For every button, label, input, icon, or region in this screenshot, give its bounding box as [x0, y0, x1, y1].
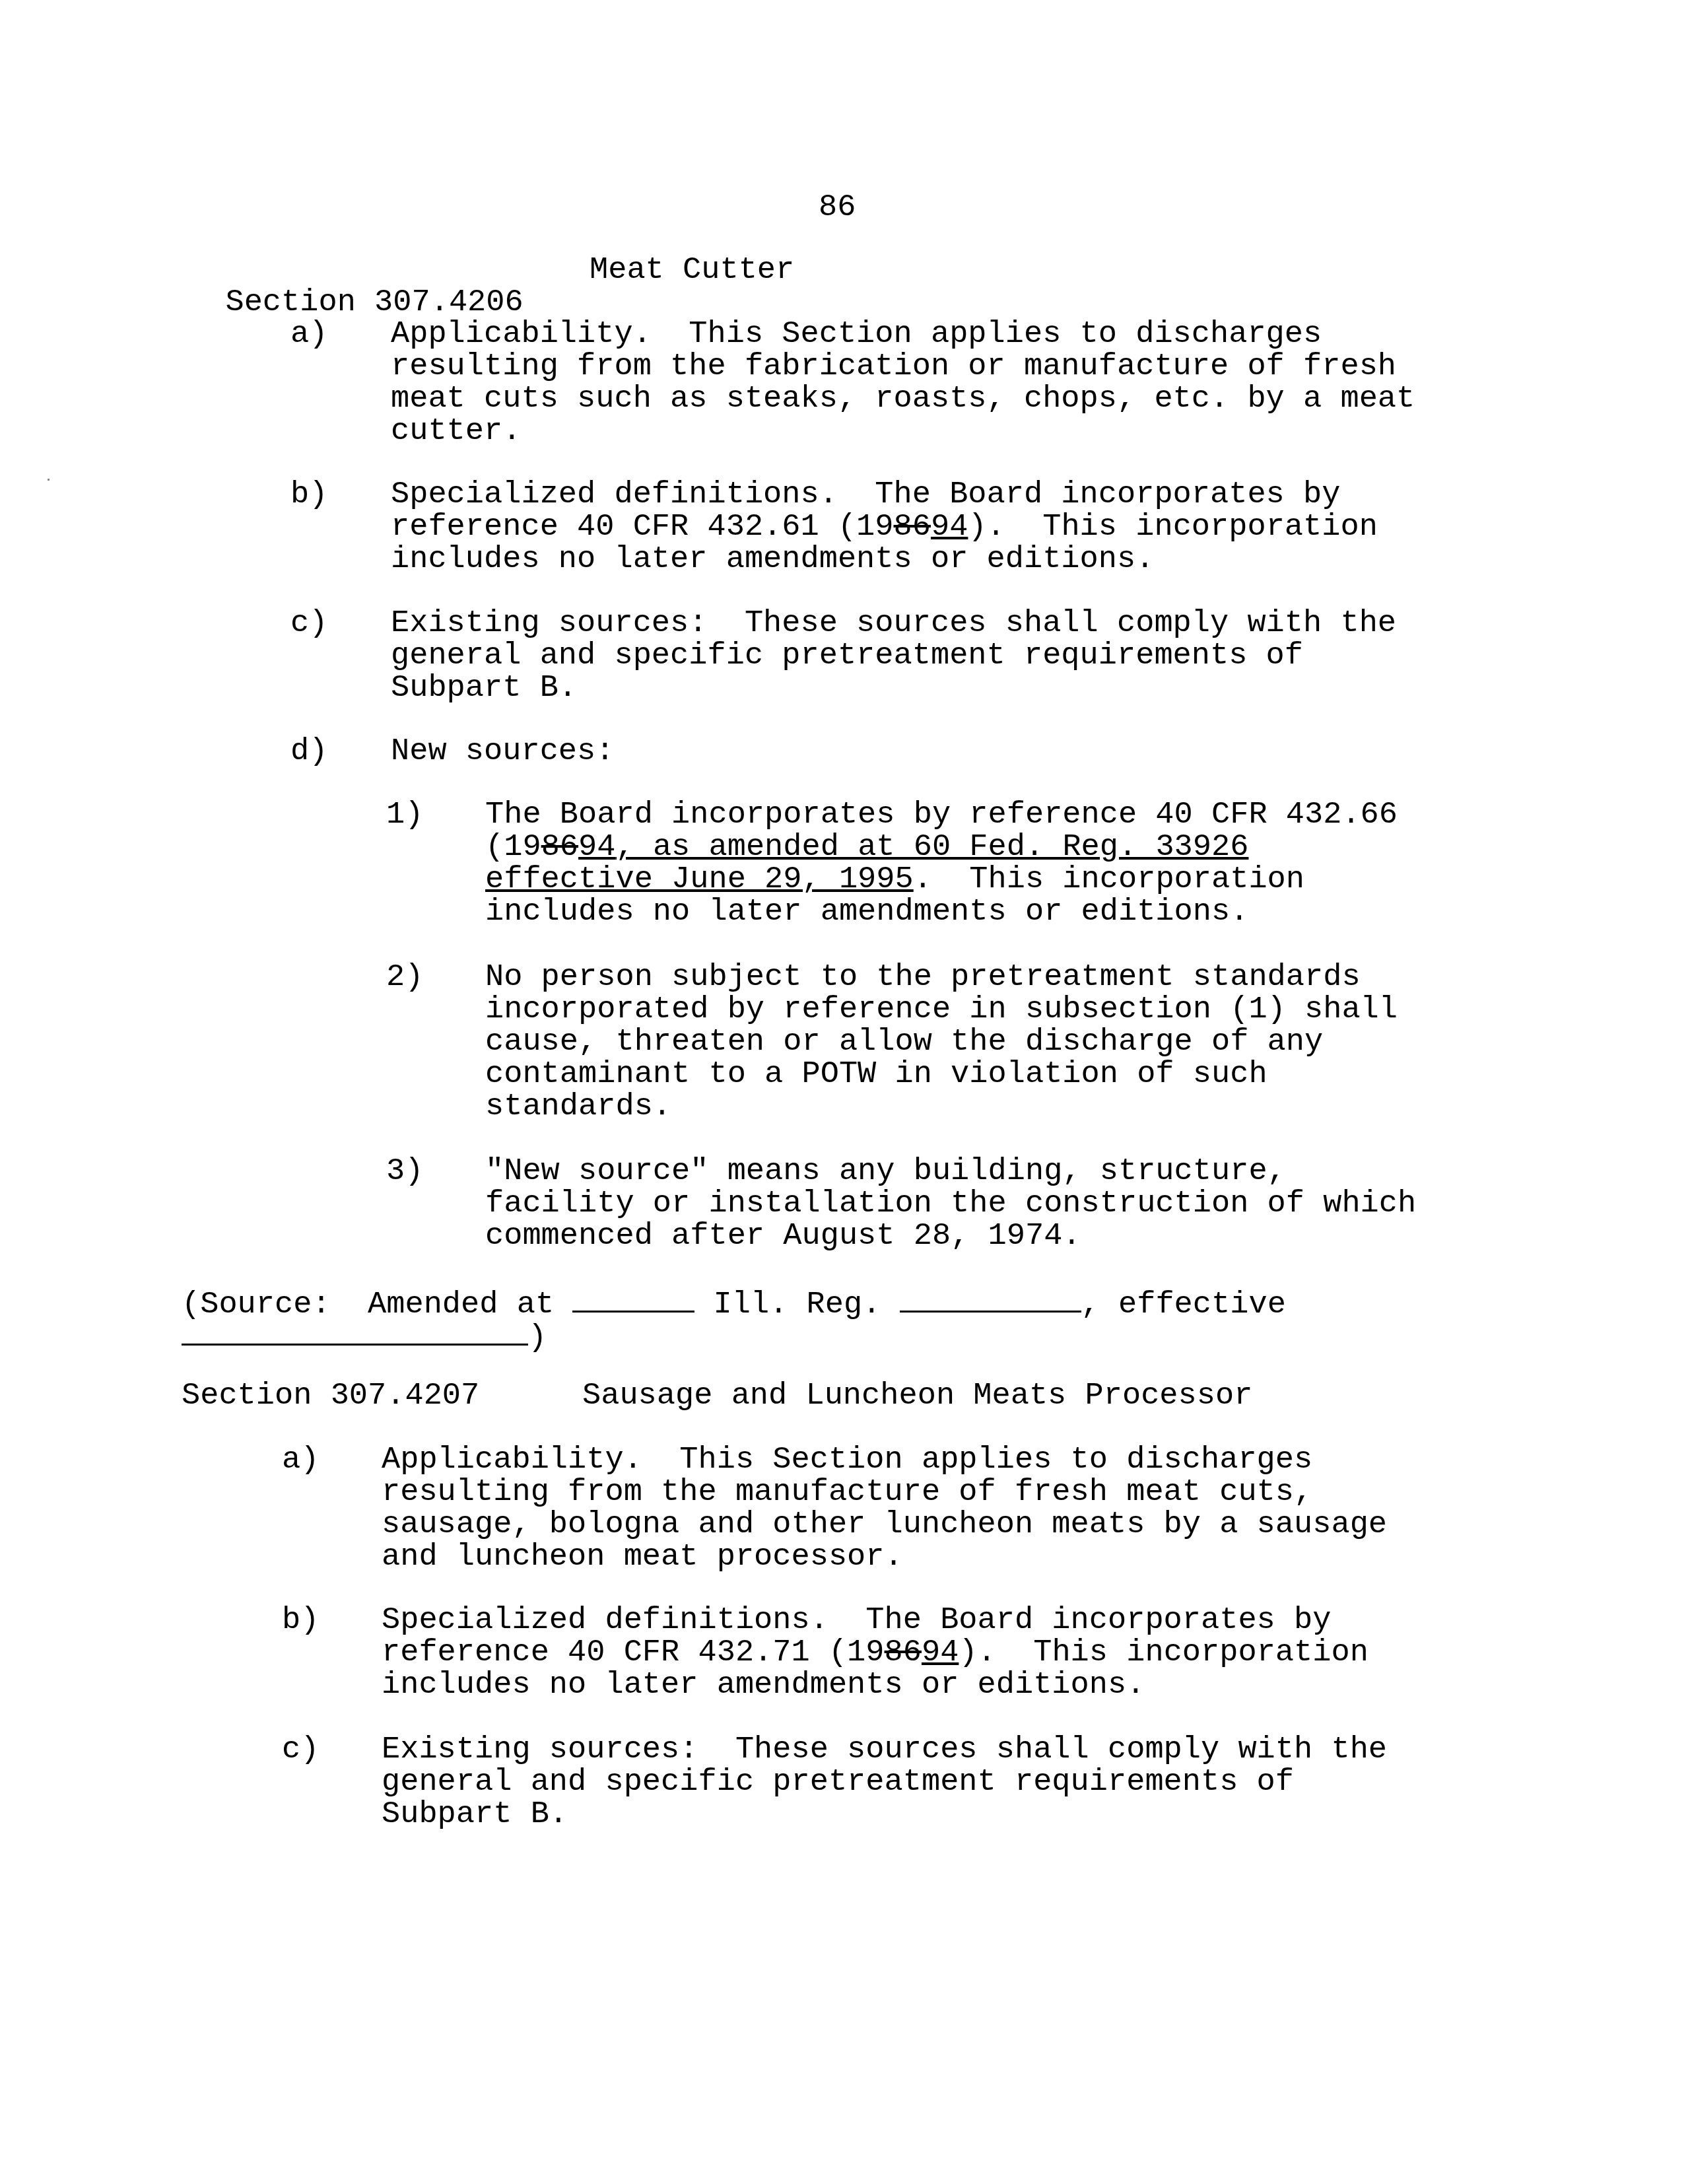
item-label: a) [282, 1444, 319, 1476]
subitem-text-prohibition: No person subject to the pretreatment st… [485, 961, 1398, 1123]
blank-volume [572, 1284, 694, 1313]
subitem-label: 3) [386, 1155, 423, 1188]
item-text-definitions: Specialized definitions. The Board incor… [382, 1604, 1369, 1701]
inserted-text: 94 [922, 1635, 959, 1670]
section-number: Section 307.4206 [225, 285, 523, 320]
struck-text: 86 [894, 510, 931, 545]
item-text-definitions: Specialized definitions. The Board incor… [391, 479, 1378, 576]
inserted-text: 94 [931, 510, 968, 545]
subitem-label: 1) [386, 799, 423, 831]
struck-text: 86 [541, 830, 578, 865]
section-heading-4206: Section 307.4206 [188, 254, 524, 319]
item-label: a) [290, 318, 327, 351]
source-note: (Source: Amended at Ill. Reg. , effectiv… [182, 1284, 1286, 1321]
subitem-label: 2) [386, 961, 423, 994]
item-label: c) [290, 607, 327, 640]
item-text-existing-sources: Existing sources: These sources shall co… [382, 1734, 1387, 1831]
inserted-text: 94 [578, 830, 615, 865]
item-label: c) [282, 1734, 319, 1766]
item-text-new-sources: New sources: [391, 735, 614, 768]
subitem-text-new-source-definition: "New source" means any building, structu… [485, 1155, 1416, 1252]
section-heading-4207: Section 307.4207 [182, 1380, 479, 1412]
page-number: 86 [819, 191, 856, 224]
blank-page [900, 1284, 1081, 1313]
scan-speck [48, 479, 50, 481]
blank-effective-date [182, 1317, 528, 1346]
item-text-applicability: Applicability. This Section applies to d… [382, 1444, 1387, 1573]
struck-text: 86 [885, 1635, 922, 1670]
item-text-existing-sources: Existing sources: These sources shall co… [391, 607, 1396, 704]
source-note-line2: ) [182, 1317, 547, 1354]
item-label: d) [290, 735, 327, 768]
item-text-applicability: Applicability. This Section applies to d… [391, 318, 1415, 448]
item-label: b) [290, 479, 327, 511]
section-title-4207: Sausage and Luncheon Meats Processor [582, 1380, 1252, 1412]
item-label: b) [282, 1604, 319, 1637]
subitem-text-incorporation: The Board incorporates by reference 40 C… [485, 799, 1398, 928]
section-title-4206: Meat Cutter [590, 254, 794, 287]
